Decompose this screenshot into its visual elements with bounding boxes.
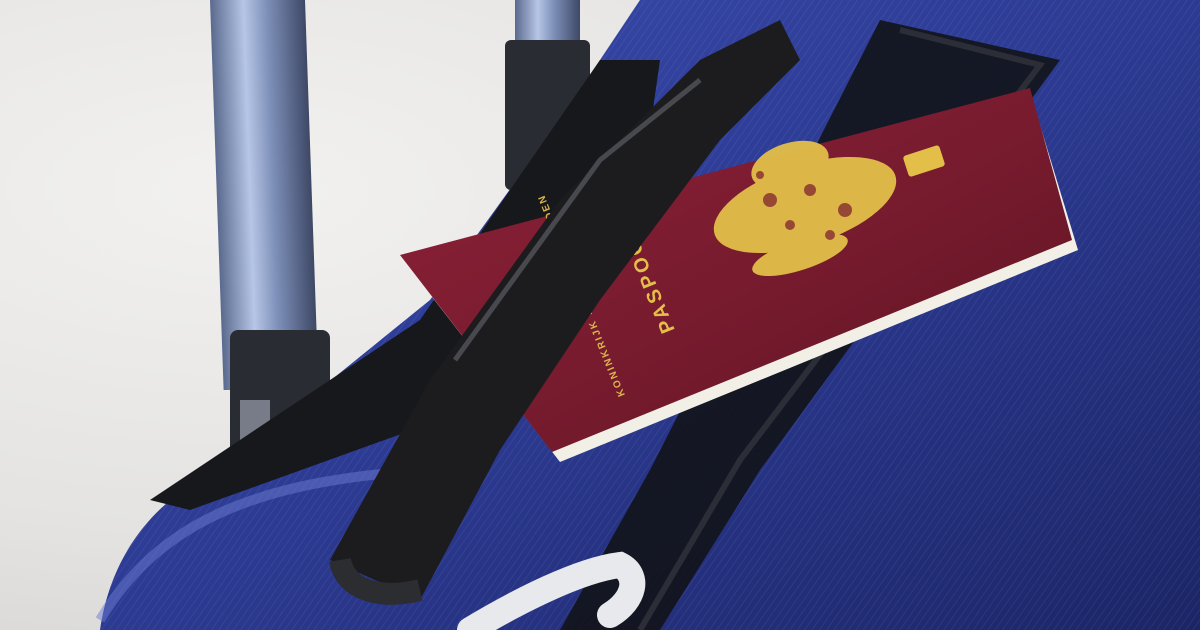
photo-scene: PASPOORT KONINKRIJK DER NEDERLANDEN Burg… — [0, 0, 1200, 630]
photo-illustration: PASPOORT KONINKRIJK DER NEDERLANDEN — [0, 0, 1200, 630]
